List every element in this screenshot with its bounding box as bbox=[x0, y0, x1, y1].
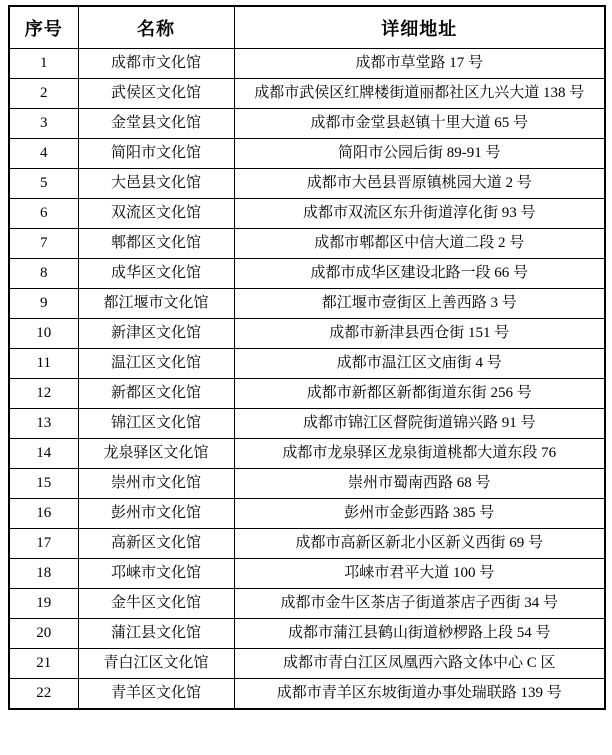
venue-name-cell: 温江区文化馆 bbox=[78, 349, 234, 379]
table-row: 18邛崃市文化馆邛崃市君平大道 100 号 bbox=[9, 559, 605, 589]
table-row: 17高新区文化馆成都市高新区新北小区新义西街 69 号 bbox=[9, 529, 605, 559]
table-row: 4简阳市文化馆简阳市公园后街 89-91 号 bbox=[9, 139, 605, 169]
venue-address-cell: 成都市郫都区中信大道二段 2 号 bbox=[234, 229, 605, 259]
row-number-cell: 3 bbox=[9, 109, 78, 139]
venue-address-cell: 简阳市公园后街 89-91 号 bbox=[234, 139, 605, 169]
table-row: 9都江堰市文化馆都江堰市壹街区上善西路 3 号 bbox=[9, 289, 605, 319]
row-number-cell: 13 bbox=[9, 409, 78, 439]
table-row: 3金堂县文化馆成都市金堂县赵镇十里大道 65 号 bbox=[9, 109, 605, 139]
venue-address-cell: 成都市温江区文庙街 4 号 bbox=[234, 349, 605, 379]
venue-name-cell: 成华区文化馆 bbox=[78, 259, 234, 289]
row-number-cell: 21 bbox=[9, 649, 78, 679]
venue-name-cell: 新津区文化馆 bbox=[78, 319, 234, 349]
table-row: 19金牛区文化馆成都市金牛区茶店子街道茶店子西街 34 号 bbox=[9, 589, 605, 619]
venue-address-cell: 成都市锦江区督院街道锦兴路 91 号 bbox=[234, 409, 605, 439]
table-header: 序号 名称 详细地址 bbox=[9, 6, 605, 49]
venue-name-cell: 简阳市文化馆 bbox=[78, 139, 234, 169]
venue-name-cell: 青白江区文化馆 bbox=[78, 649, 234, 679]
venue-name-cell: 郫都区文化馆 bbox=[78, 229, 234, 259]
row-number-cell: 6 bbox=[9, 199, 78, 229]
header-cell-address: 详细地址 bbox=[234, 6, 605, 49]
culture-center-address-table-container: 序号 名称 详细地址 1成都市文化馆成都市草堂路 17 号2武侯区文化馆成都市武… bbox=[8, 5, 606, 710]
venue-address-cell: 都江堰市壹街区上善西路 3 号 bbox=[234, 289, 605, 319]
table-row: 6双流区文化馆成都市双流区东升街道淳化街 93 号 bbox=[9, 199, 605, 229]
row-number-cell: 20 bbox=[9, 619, 78, 649]
row-number-cell: 2 bbox=[9, 79, 78, 109]
venue-name-cell: 武侯区文化馆 bbox=[78, 79, 234, 109]
venue-name-cell: 邛崃市文化馆 bbox=[78, 559, 234, 589]
table-row: 8成华区文化馆成都市成华区建设北路一段 66 号 bbox=[9, 259, 605, 289]
venue-name-cell: 蒲江县文化馆 bbox=[78, 619, 234, 649]
table-row: 1成都市文化馆成都市草堂路 17 号 bbox=[9, 49, 605, 79]
row-number-cell: 5 bbox=[9, 169, 78, 199]
table-row: 13锦江区文化馆成都市锦江区督院街道锦兴路 91 号 bbox=[9, 409, 605, 439]
header-row: 序号 名称 详细地址 bbox=[9, 6, 605, 49]
table-row: 14龙泉驿区文化馆成都市龙泉驿区龙泉街道桃都大道东段 76 bbox=[9, 439, 605, 469]
venue-address-cell: 成都市青白江区凤凰西六路文体中心 C 区 bbox=[234, 649, 605, 679]
row-number-cell: 10 bbox=[9, 319, 78, 349]
table-row: 5大邑县文化馆成都市大邑县晋原镇桃园大道 2 号 bbox=[9, 169, 605, 199]
venue-name-cell: 高新区文化馆 bbox=[78, 529, 234, 559]
venue-name-cell: 崇州市文化馆 bbox=[78, 469, 234, 499]
table-row: 20蒲江县文化馆成都市蒲江县鹤山街道桫椤路上段 54 号 bbox=[9, 619, 605, 649]
venue-name-cell: 双流区文化馆 bbox=[78, 199, 234, 229]
row-number-cell: 7 bbox=[9, 229, 78, 259]
header-cell-name: 名称 bbox=[78, 6, 234, 49]
venue-address-cell: 彭州市金彭西路 385 号 bbox=[234, 499, 605, 529]
venue-address-cell: 崇州市蜀南西路 68 号 bbox=[234, 469, 605, 499]
row-number-cell: 4 bbox=[9, 139, 78, 169]
venue-name-cell: 彭州市文化馆 bbox=[78, 499, 234, 529]
table-row: 16彭州市文化馆彭州市金彭西路 385 号 bbox=[9, 499, 605, 529]
venue-address-cell: 成都市新都区新都街道东街 256 号 bbox=[234, 379, 605, 409]
venue-name-cell: 都江堰市文化馆 bbox=[78, 289, 234, 319]
table-row: 2武侯区文化馆成都市武侯区红牌楼街道丽都社区九兴大道 138 号 bbox=[9, 79, 605, 109]
venue-address-cell: 成都市金堂县赵镇十里大道 65 号 bbox=[234, 109, 605, 139]
table-row: 15崇州市文化馆崇州市蜀南西路 68 号 bbox=[9, 469, 605, 499]
row-number-cell: 15 bbox=[9, 469, 78, 499]
table-body: 1成都市文化馆成都市草堂路 17 号2武侯区文化馆成都市武侯区红牌楼街道丽都社区… bbox=[9, 49, 605, 710]
table-row: 21青白江区文化馆成都市青白江区凤凰西六路文体中心 C 区 bbox=[9, 649, 605, 679]
table-row: 22青羊区文化馆成都市青羊区东坡街道办事处瑞联路 139 号 bbox=[9, 679, 605, 710]
table-row: 11温江区文化馆成都市温江区文庙街 4 号 bbox=[9, 349, 605, 379]
row-number-cell: 14 bbox=[9, 439, 78, 469]
venue-address-cell: 成都市蒲江县鹤山街道桫椤路上段 54 号 bbox=[234, 619, 605, 649]
venue-address-cell: 成都市新津县西仓街 151 号 bbox=[234, 319, 605, 349]
row-number-cell: 16 bbox=[9, 499, 78, 529]
venue-name-cell: 金堂县文化馆 bbox=[78, 109, 234, 139]
table-row: 12新都区文化馆成都市新都区新都街道东街 256 号 bbox=[9, 379, 605, 409]
venue-name-cell: 龙泉驿区文化馆 bbox=[78, 439, 234, 469]
venue-address-cell: 成都市成华区建设北路一段 66 号 bbox=[234, 259, 605, 289]
venue-name-cell: 金牛区文化馆 bbox=[78, 589, 234, 619]
venue-name-cell: 锦江区文化馆 bbox=[78, 409, 234, 439]
row-number-cell: 19 bbox=[9, 589, 78, 619]
venue-address-cell: 邛崃市君平大道 100 号 bbox=[234, 559, 605, 589]
table-row: 7郫都区文化馆成都市郫都区中信大道二段 2 号 bbox=[9, 229, 605, 259]
venue-name-cell: 新都区文化馆 bbox=[78, 379, 234, 409]
row-number-cell: 8 bbox=[9, 259, 78, 289]
venue-address-cell: 成都市高新区新北小区新义西街 69 号 bbox=[234, 529, 605, 559]
culture-center-address-table: 序号 名称 详细地址 1成都市文化馆成都市草堂路 17 号2武侯区文化馆成都市武… bbox=[8, 5, 606, 710]
venue-name-cell: 成都市文化馆 bbox=[78, 49, 234, 79]
row-number-cell: 18 bbox=[9, 559, 78, 589]
venue-address-cell: 成都市草堂路 17 号 bbox=[234, 49, 605, 79]
row-number-cell: 17 bbox=[9, 529, 78, 559]
venue-address-cell: 成都市龙泉驿区龙泉街道桃都大道东段 76 bbox=[234, 439, 605, 469]
row-number-cell: 22 bbox=[9, 679, 78, 710]
venue-address-cell: 成都市大邑县晋原镇桃园大道 2 号 bbox=[234, 169, 605, 199]
row-number-cell: 1 bbox=[9, 49, 78, 79]
row-number-cell: 11 bbox=[9, 349, 78, 379]
header-cell-number: 序号 bbox=[9, 6, 78, 49]
row-number-cell: 9 bbox=[9, 289, 78, 319]
venue-address-cell: 成都市武侯区红牌楼街道丽都社区九兴大道 138 号 bbox=[234, 79, 605, 109]
venue-address-cell: 成都市青羊区东坡街道办事处瑞联路 139 号 bbox=[234, 679, 605, 710]
venue-address-cell: 成都市金牛区茶店子街道茶店子西街 34 号 bbox=[234, 589, 605, 619]
row-number-cell: 12 bbox=[9, 379, 78, 409]
table-row: 10新津区文化馆成都市新津县西仓街 151 号 bbox=[9, 319, 605, 349]
venue-name-cell: 大邑县文化馆 bbox=[78, 169, 234, 199]
venue-address-cell: 成都市双流区东升街道淳化街 93 号 bbox=[234, 199, 605, 229]
venue-name-cell: 青羊区文化馆 bbox=[78, 679, 234, 710]
